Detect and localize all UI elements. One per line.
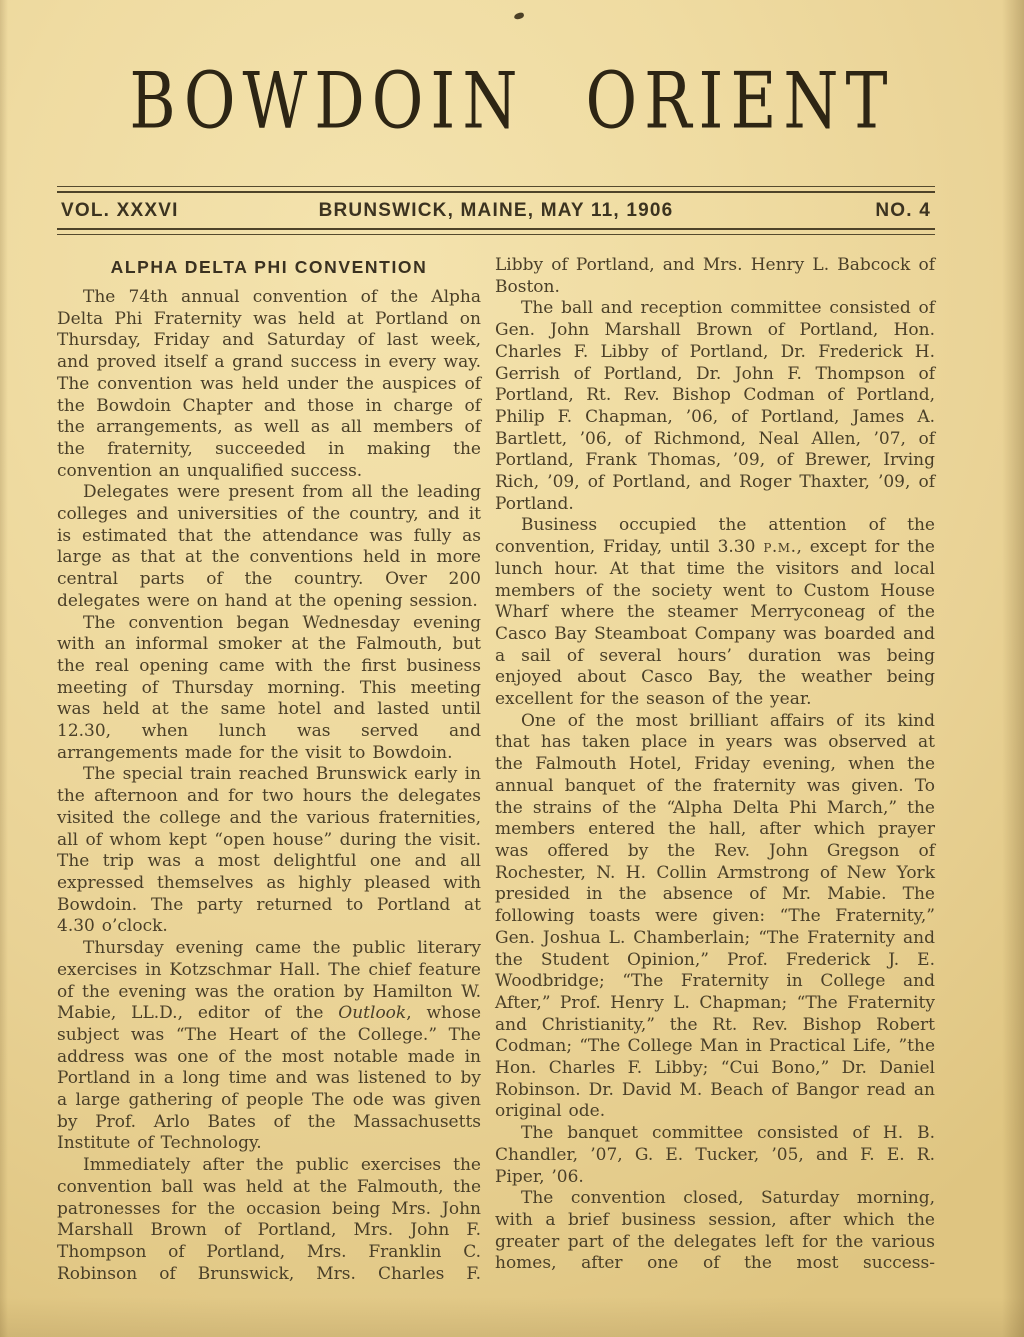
header-rule-bottom (57, 228, 935, 235)
paragraph-text: Outlook (338, 1003, 406, 1023)
article-paragraph: The convention closed, Saturday morning,… (495, 1188, 935, 1275)
paragraph-text: One of the most brilliant affairs of its… (495, 711, 935, 1122)
article-paragraph: The 74th annual convention of the Alpha … (57, 287, 481, 482)
left-column: ALPHA DELTA PHI CONVENTION The 74th annu… (57, 255, 481, 1285)
left-column-paragraphs: The 74th annual convention of the Alpha … (57, 287, 481, 1285)
article-paragraph: Thursday evening came the public literar… (57, 938, 481, 1155)
article-title: ALPHA DELTA PHI CONVENTION (57, 257, 481, 278)
right-column-paragraphs: Libby of Portland, and Mrs. Henry L. Bab… (495, 255, 935, 1275)
issue-number: NO. 4 (673, 200, 931, 222)
article-paragraph: Delegates were present from all the lead… (57, 482, 481, 612)
newspaper-page: BOWDOIN ORIENT VOL. XXXVI BRUNSWICK, MAI… (0, 0, 1024, 1337)
article-paragraph: Business occupied the attention of the c… (495, 515, 935, 710)
paragraph-text: The convention began Wednesday evening w… (57, 613, 481, 763)
article-body: ALPHA DELTA PHI CONVENTION The 74th annu… (57, 255, 935, 1285)
paragraph-text: The special train reached Brunswick earl… (57, 764, 481, 936)
paragraph-text: The convention closed, Saturday morning,… (495, 1188, 935, 1273)
masthead-title: BOWDOIN ORIENT (129, 55, 894, 146)
article-paragraph: One of the most brilliant affairs of its… (495, 711, 935, 1123)
paragraph-text: The banquet committee consisted of H. B.… (495, 1123, 935, 1186)
paragraph-text: , except for the lunch hour. At that tim… (495, 537, 935, 709)
paragraph-text: The ball and reception committee consist… (495, 298, 935, 513)
article-paragraph: Libby of Portland, and Mrs. Henry L. Bab… (495, 255, 935, 298)
paragraph-text: , whose subject was “The Heart of the Co… (57, 1003, 481, 1153)
dateline-text: BRUNSWICK, MAINE, MAY 11, 1906 (319, 200, 674, 222)
paragraph-text: Libby of Portland, and Mrs. Henry L. Bab… (495, 255, 935, 297)
paragraph-text: The 74th annual convention of the Alpha … (57, 287, 481, 481)
dateline-row: VOL. XXXVI BRUNSWICK, MAINE, MAY 11, 190… (57, 193, 935, 228)
article-paragraph: The special train reached Brunswick earl… (57, 764, 481, 938)
dateline-block: VOL. XXXVI BRUNSWICK, MAINE, MAY 11, 190… (57, 186, 935, 235)
article-paragraph: The ball and reception committee consist… (495, 298, 935, 515)
header-rule-top (57, 186, 935, 193)
right-column: Libby of Portland, and Mrs. Henry L. Bab… (495, 255, 935, 1285)
masthead: BOWDOIN ORIENT VOL. XXXVI BRUNSWICK, MAI… (0, 0, 1024, 235)
article-paragraph: Immediately after the public exercises t… (57, 1155, 481, 1285)
article-paragraph: The convention began Wednesday evening w… (57, 613, 481, 765)
volume-label: VOL. XXXVI (61, 200, 319, 222)
paragraph-text: p.m. (763, 537, 796, 557)
article-paragraph: The banquet committee consisted of H. B.… (495, 1123, 935, 1188)
paragraph-text: Immediately after the public exercises t… (57, 1155, 481, 1284)
paragraph-text: Delegates were present from all the lead… (57, 482, 481, 611)
